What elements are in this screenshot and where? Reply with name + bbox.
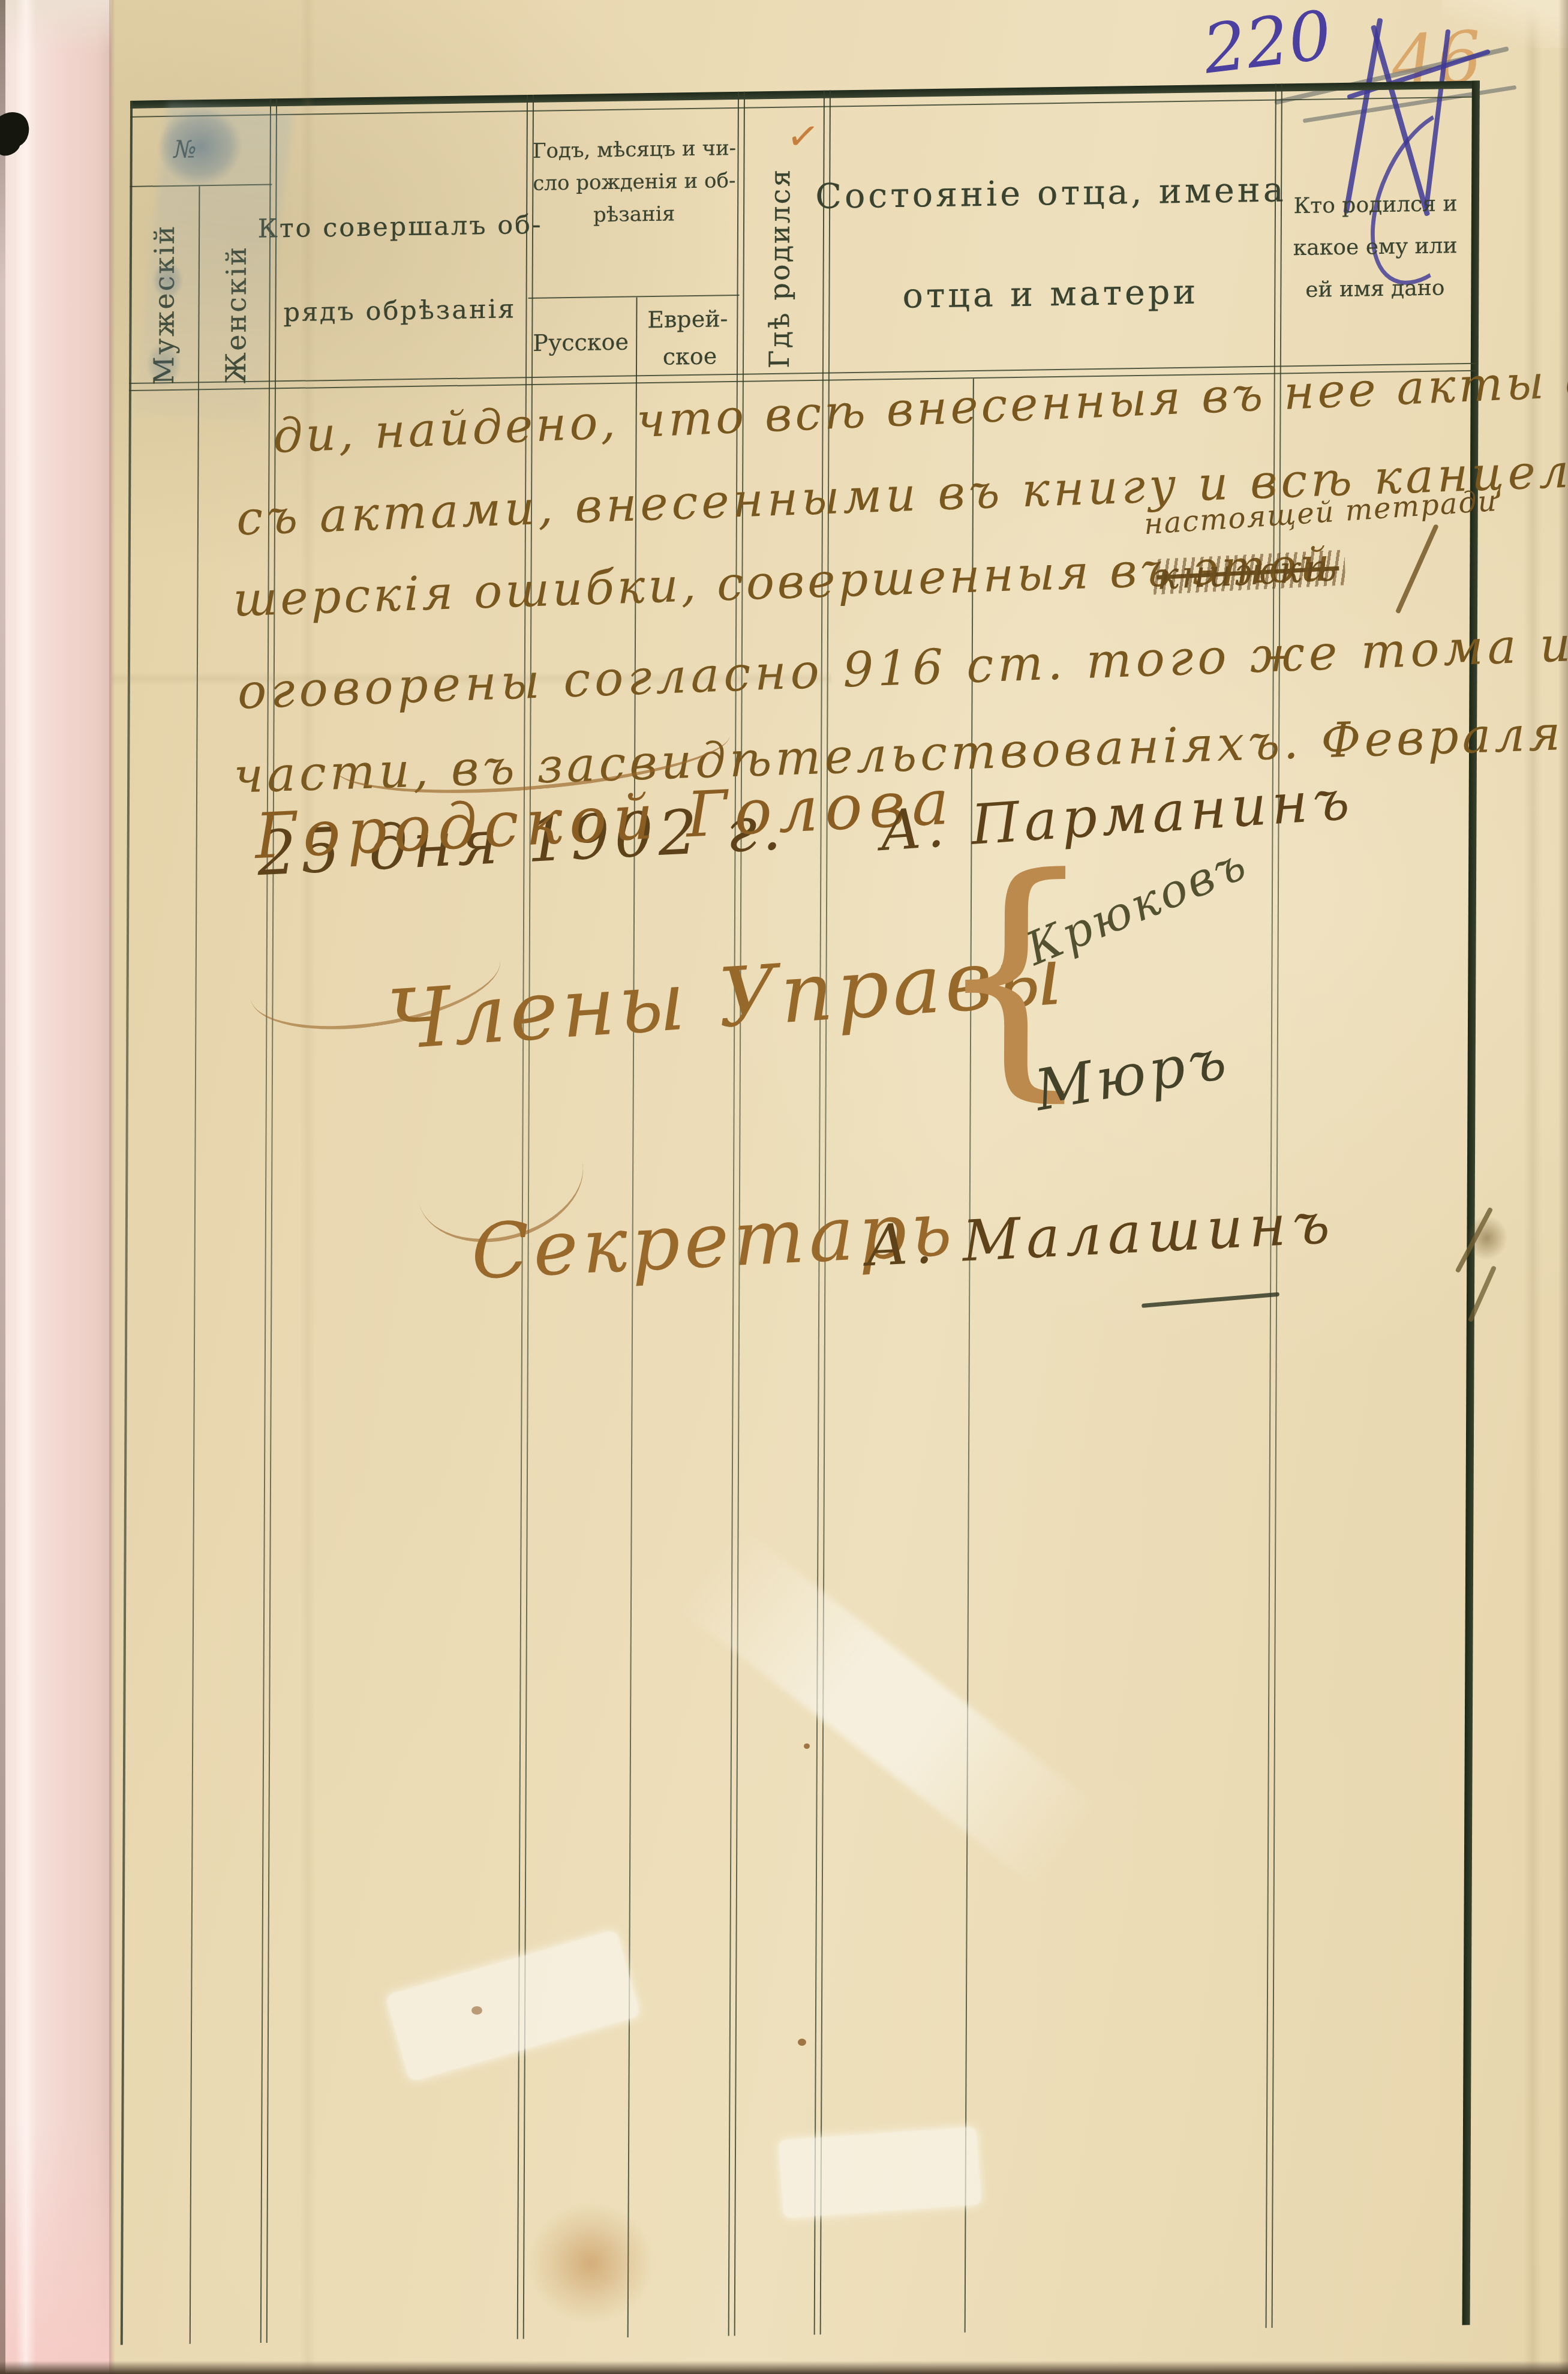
register-table: № Мужескій Женскій Кто совершалъ об- ряд… (0, 0, 1568, 2374)
repair-tape (779, 2127, 981, 2219)
column-line-no-right (260, 98, 271, 2343)
rule-under-date-title (528, 295, 740, 299)
corner-fold (1442, 0, 1568, 48)
marginal-ink-mark (1459, 1197, 1532, 1336)
header-officiant-1: Кто совершалъ об- (258, 210, 543, 244)
document-page: 220 46 № Мужескій Женскій (0, 0, 1568, 2374)
scan-right-edge (1558, 0, 1568, 2374)
table-left-border (121, 101, 133, 2345)
header-father-1: Состояніе отца, имена (815, 170, 1287, 217)
checkmark-icon: ✓ (784, 113, 822, 161)
header-father-2: отца и матери (902, 272, 1198, 316)
stain (528, 2203, 654, 2323)
header-russian: Русское (533, 329, 629, 356)
manuscript-line: оговорены согласно 916 ст. того же тома … (237, 616, 1568, 720)
header-date-1: Годъ, мѣсяцъ и чи- (533, 136, 736, 163)
speck (804, 1743, 810, 1749)
header-date-2: сло рожденія и об- (533, 169, 735, 196)
scan-bottom-edge (0, 2361, 1568, 2374)
header-hebrew-2: ское (663, 343, 717, 370)
insertion-slash (1395, 524, 1439, 614)
signature-underline-flourish (1142, 1292, 1279, 1308)
header-birthplace: Гдѣ родился (763, 152, 797, 368)
table-top-rule (130, 81, 1480, 109)
column-line-male-female (190, 186, 200, 2344)
manuscript-line: ди, найдено, что всѣ внесенныя въ нее ак… (272, 346, 1568, 464)
header-child-1: Кто родился и (1293, 191, 1457, 218)
header-date-3: рѣзанія (593, 202, 675, 227)
header-officiant-2: рядъ обрѣзанія (283, 294, 516, 328)
speck (798, 2039, 806, 2046)
header-child-2: какое ему или (1293, 233, 1458, 260)
header-child-3: ей имя дано (1305, 275, 1444, 302)
speck (471, 2006, 482, 2015)
header-hebrew-1: Еврей- (647, 305, 728, 333)
crossed-out-word-box: книжкѣ (1156, 545, 1339, 598)
